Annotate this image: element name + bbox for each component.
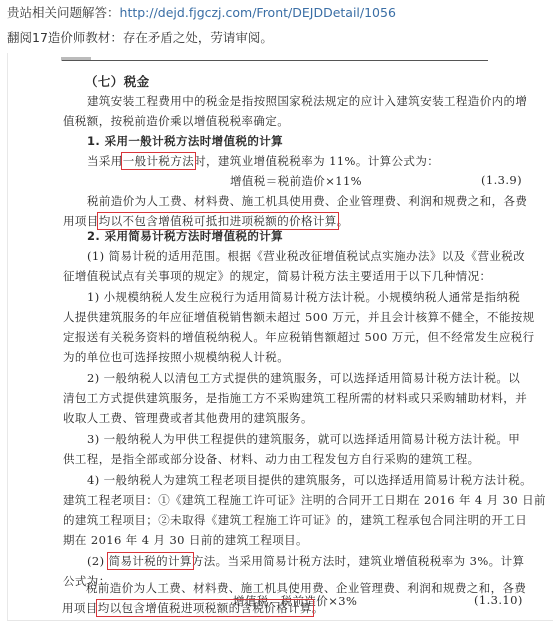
intro-paragraph-line-2: 值税额，按税前造价乘以增值税税率确定。 [63,113,289,129]
simple-formula-intro: 公式为： [63,573,111,589]
text-segment: 当采用 [87,154,123,168]
textbook-scan-image: （七）税金 建筑安装工程费用中的税金是指按照国家税法规定的应计入建筑安装工程造价… [7,53,553,620]
text-segment: 时，建筑业增值税税率为 11%。计算公式为： [194,154,439,168]
reference-label: 贵站相关问题解答： [7,5,120,20]
item3-line-2: 供工程，是指全部或部分设备、材料、动力由工程发包方自行采购的建筑工程。 [63,451,480,467]
item1-line-2: 人提供建筑服务的年应征增值税销售额未超过 500 万元，并且会计核算不健全，不能… [63,309,535,325]
general-rate-line: 当采用一般计税方法时，建筑业增值税税率为 11%。计算公式为： [87,153,439,169]
formula-general: 增值税＝税前造价×11% [230,173,362,189]
item1-line-4: 为的单位也可选择按照小规模纳税人计税。 [63,349,289,365]
item4-line-4: 期在 2016 年 4 月 30 日前的建筑工程项目。 [63,532,308,548]
highlight-box-general-method: 一般计税方法 [123,154,194,168]
scope-line-2: 征增值税试点有关事项的规定》的规定，简易计税方法主要适用于以下几种情况： [63,268,491,284]
equation-number-1-3-9: (1.3.9) [481,173,522,187]
scope-line-1: (1) 简易计税的适用范围。根据《营业税改征增值税试点实施办法》以及《营业税改 [87,248,525,264]
heading-general-method: 1. 采用一般计税方法时增值税的计算 [87,133,283,149]
section-title: （七）税金 [85,72,150,90]
item4-line-2: 建筑工程老项目：①《建筑工程施工许可证》注明的合同开工日期在 2016 年 4 … [63,492,546,508]
equation-number-1-3-10: (1.3.10) [474,593,523,607]
item2-line-1: 2) 一般纳税人以清包工方式提供的建筑服务，可以选择适用简易计税方法计税。以 [87,370,520,386]
text-segment: 。 [337,214,349,228]
highlight-box-excl-tax: 均以不包含增值税可抵扣进项税额的价格计算 [99,214,337,228]
text-segment: 方法。当采用简易计税方法时，建筑业增值税税率为 3%。计算 [192,554,525,568]
item4-line-3: 的建筑工程项目；②未取得《建筑工程施工许可证》的，建筑工程承包合同注明的开工日 [63,512,527,528]
general-desc-line-1: 税前造价为人工费、材料费、施工机具使用费、企业管理费、利润和规费之和，各费 [87,193,527,209]
reference-line: 贵站相关问题解答：http://dejd.fjgczj.com/Front/DE… [7,3,396,21]
formula-simple: 增值税＝税前造价×3% [233,593,357,609]
item2-line-2: 清包工方式提供建筑服务，是指施工方不采购建筑工程所需的材料或只采购辅助材料，并 [63,390,527,406]
reference-link[interactable]: http://dejd.fjgczj.com/Front/DEJDDetail/… [120,5,396,20]
item1-line-1: 1) 小规模纳税人发生应税行为适用简易计税方法计税。小规模纳税人通常是指纳税 [87,289,520,305]
highlight-box-simple-calc: 简易计税的计算 [109,554,192,568]
textbook-page: （七）税金 建筑安装工程费用中的税金是指按照国家税法规定的应计入建筑安装工程造价… [8,53,553,620]
intro-paragraph-line-1: 建筑安装工程费用中的税金是指按照国家税法规定的应计入建筑安装工程造价内的增 [87,93,527,109]
text-segment: 用项目 [63,214,99,228]
question-line: 翻阅17造价师教材：存在矛盾之处，劳请审阅。 [7,28,273,46]
simple-rate-line: (2) 简易计税的计算方法。当采用简易计税方法时，建筑业增值税税率为 3%。计算 [87,553,524,569]
item3-line-1: 3) 一般纳税人为甲供工程提供的建筑服务，就可以选择适用简易计税方法计税。甲 [87,431,520,447]
item1-line-3: 定报送有关税务资料的增值税纳税人。年应税销售额超过 500 万元，但不经常发生应… [63,329,535,345]
general-desc-line-2: 用项目均以不包含增值税可抵扣进项税额的价格计算。 [63,213,349,229]
item2-line-3: 收取人工费、管理费或者其他费用的建筑服务。 [63,410,313,426]
text-segment: (2) [87,554,105,568]
heading-simple-method: 2. 采用简易计税方法时增值税的计算 [87,228,283,244]
item4-line-1: 4) 一般纳税人为建筑工程老项目提供的建筑服务，可以选择适用简易计税方法计税。 [87,472,532,488]
